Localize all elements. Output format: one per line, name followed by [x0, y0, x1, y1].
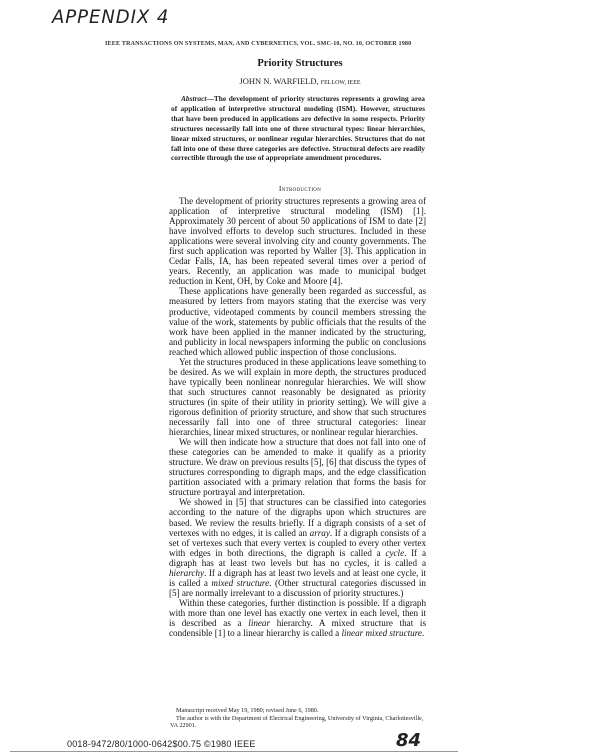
- handwritten-page-number: 84: [396, 730, 421, 751]
- author-name: JOHN N. WARFIELD,: [239, 76, 318, 86]
- journal-header: IEEE Transactions on Systems, Man, and C…: [105, 40, 423, 47]
- paragraph: The development of priority structures r…: [169, 196, 426, 286]
- paragraph: Yet the structures produced in these app…: [169, 357, 426, 437]
- term-linear: linear: [248, 618, 270, 628]
- term-hierarchy: hierarchy: [169, 568, 204, 578]
- footnotes: Manuscript received May 19, 1980; revise…: [170, 707, 426, 730]
- term-array: array: [310, 528, 330, 538]
- body-text: The development of priority structures r…: [169, 196, 426, 638]
- term-cycle: cycle: [385, 548, 404, 558]
- copyright-code: 0018-9472/80/1000-0642$00.75 ©1980 IEEE: [67, 739, 256, 749]
- abstract: Abstract—The development of priority str…: [171, 94, 425, 163]
- paragraph: These applications have generally been r…: [169, 286, 426, 356]
- author-line: JOHN N. WARFIELD, FELLOW, IEEE: [0, 76, 600, 86]
- term-mixed-structure: mixed structure: [211, 578, 269, 588]
- paragraph: We will then indicate how a structure th…: [169, 437, 426, 497]
- paragraph: Within these categories, further distinc…: [169, 598, 426, 638]
- footnote: The author is with the Department of Ele…: [170, 715, 426, 730]
- section-heading: Introduction: [0, 184, 600, 193]
- term-linear-mixed-structure: linear mixed structure: [341, 628, 421, 638]
- appendix-label: APPENDIX 4: [52, 6, 169, 28]
- author-grade: FELLOW, IEEE: [321, 80, 361, 86]
- abstract-label: Abstract: [181, 94, 206, 103]
- bottom-rule: [10, 751, 458, 752]
- footnote: Manuscript received May 19, 1980; revise…: [170, 707, 426, 715]
- paragraph: We showed in [5] that structures can be …: [169, 497, 426, 597]
- text-run: .: [422, 628, 424, 638]
- article-title: Priority Structures: [0, 58, 600, 69]
- abstract-text: —The development of priority structures …: [171, 94, 425, 162]
